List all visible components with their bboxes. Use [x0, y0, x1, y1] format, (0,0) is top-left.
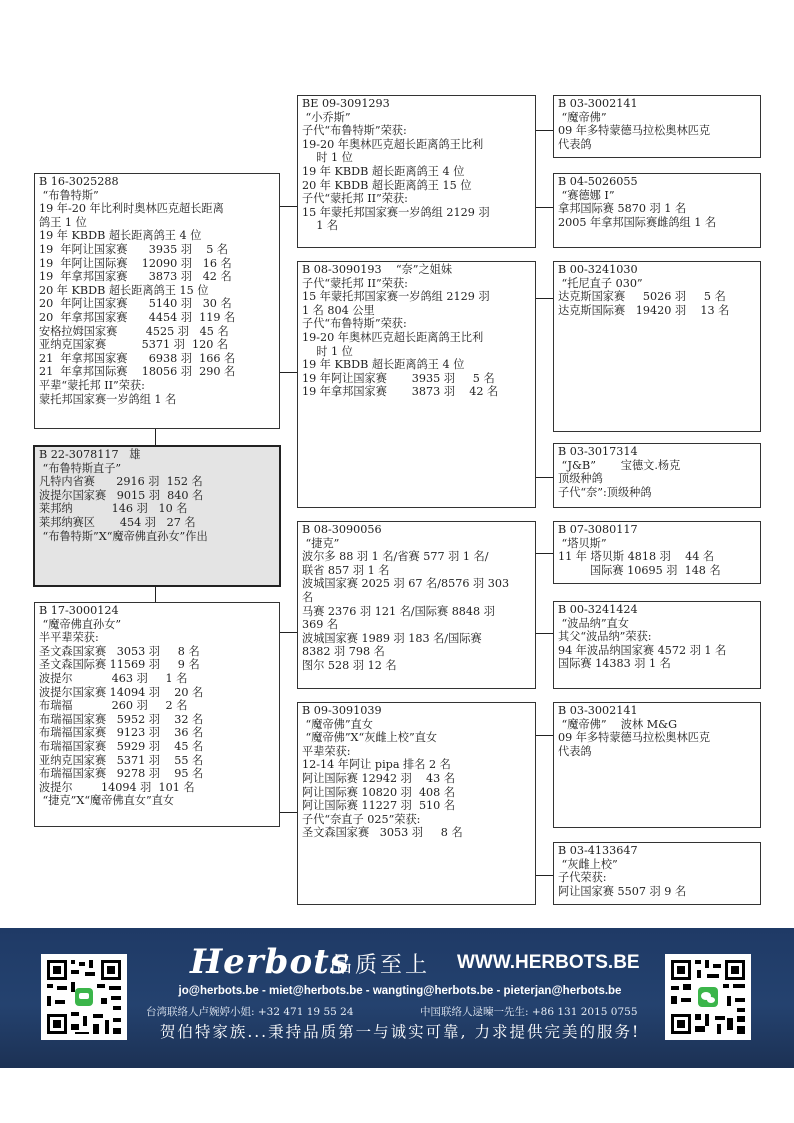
qr-code-icon: [665, 954, 751, 1040]
achievement-line: 蒙托邦国家赛一岁鸽组 1 名: [39, 393, 275, 407]
ggp-box-6: B 00-3241424 “波品纳”直女 其父“波品纳”荣获: 94 年波品纳国…: [553, 601, 761, 689]
achievement-line: 1 名 804 公里: [302, 304, 531, 318]
pigeon-name: “布鲁特斯”: [39, 189, 275, 203]
achievement-line: 其父“波品纳”荣获:: [558, 630, 756, 644]
sire-dam-box: B 08-3090193 “奈”之姐妹 子代“蒙托邦 II”荣获: 15 年蒙托…: [297, 261, 536, 508]
pigeon-name: “J&B” 宝德文.杨克: [558, 459, 756, 473]
connector-line: [279, 632, 297, 633]
achievement-line: 时 1 位: [302, 151, 531, 165]
result-line: 11 年 塔贝斯 4818 羽 44 名: [558, 550, 756, 564]
pigeon-name: “托尼直子 030”: [558, 277, 756, 291]
ggp-box-2: B 04-5026055 “赛德娜 I” 拿邦国际赛 5870 羽 1 名 20…: [553, 173, 761, 248]
result-line: 19 年阿让国际赛 12090 羽 16 名: [39, 257, 275, 271]
pigeon-name: “布鲁特斯直子”: [39, 462, 275, 476]
pigeon-name: “波品纳”直女: [558, 617, 756, 631]
result-line: 布瑞福国家赛 5929 羽 45 名: [39, 740, 275, 754]
result-line: 布瑞福国家赛 5952 羽 32 名: [39, 713, 275, 727]
dam-dam-box: B 09-3091039 “魔帝佛”直女 “魔帝佛”X“灰雌上校”直女 平辈荣获…: [297, 702, 536, 905]
ggp-box-4: B 03-3017314 “J&B” 宝德文.杨克 顶级种鸽 子代“奈”:顶级种…: [553, 443, 761, 508]
ring-number: B 08-3090056: [302, 523, 531, 537]
result-line: 安格拉姆国家赛 4525 羽 45 名: [39, 325, 275, 339]
dam-box: B 17-3000124 “魔帝佛直孙女” 半平辈荣获: 圣文森国家赛 3053…: [34, 602, 280, 827]
pigeon-name: “赛德娜 I”: [558, 189, 756, 203]
connector-line: [279, 372, 297, 373]
ggp-box-8: B 03-4133647 “灰雌上校” 子代荣获: 阿让国家赛 5507 羽 9…: [553, 842, 761, 905]
result-line: 国际赛 10695 羽 148 名: [558, 564, 756, 578]
parentage-line: “魔帝佛”X“灰雌上校”直女: [302, 731, 531, 745]
pigeon-name: “魔帝佛”直女: [302, 718, 531, 732]
achievement-line: 15 年蒙托邦国家赛一岁鸽组 2129 羽: [302, 206, 531, 220]
achievement-line: 子代“奈直子 025”荣获:: [302, 813, 531, 827]
achievement-line: 代表鸽: [558, 745, 756, 759]
result-line: 94 年波品纳国家赛 4572 羽 1 名: [558, 644, 756, 658]
ggp-box-3: B 00-3241030 “托尼直子 030” 达克斯国家赛 5026 羽 5 …: [553, 261, 761, 432]
qr-code-line[interactable]: [41, 954, 127, 1040]
achievement-line: 子代“奈”:顶级种鸽: [558, 486, 756, 500]
result-line: 亚纳克国家赛 5371 羽 55 名: [39, 754, 275, 768]
result-line: 达克斯国际赛 19420 羽 13 名: [558, 304, 756, 318]
achievement-line: 20 年 KBDB 超长距离鸽王 15 位: [39, 284, 275, 298]
ring-number: B 08-3090193 “奈”之姐妹: [302, 263, 531, 277]
achievement-line: 子代“蒙托邦 II”荣获:: [302, 277, 531, 291]
ring-number: B 03-4133647: [558, 844, 756, 858]
achievement-line: 19-20 年奥林匹克超长距离鸽王比利: [302, 331, 531, 345]
footer-banner: Herbots 品质至上 WWW.HERBOTS.BE jo@herbots.b…: [0, 928, 794, 1068]
ring-number: B 00-3241030: [558, 263, 756, 277]
connector-line: [279, 812, 297, 813]
result-line: 19 年阿让国家赛 3935 羽 5 名: [302, 372, 531, 386]
connector-line: [535, 130, 553, 131]
achievement-line: 时 1 位: [302, 345, 531, 359]
ggp-box-5: B 07-3080117 “塔贝斯” 11 年 塔贝斯 4818 羽 44 名 …: [553, 521, 761, 584]
result-line: 波提尔国家赛 9015 羽 840 名: [39, 489, 275, 503]
achievement-line: 20 年 KBDB 超长距离鸽王 15 位: [302, 179, 531, 193]
pigeon-name: “塔贝斯”: [558, 537, 756, 551]
sire-sire-box: BE 09-3091293 “小乔斯” 子代“布鲁特斯”荣获: 19-20 年奥…: [297, 95, 536, 248]
result-line: 21 年拿邦国际赛 18056 羽 290 名: [39, 365, 275, 379]
achievement-line: 子代荣获:: [558, 871, 756, 885]
achievement-line: 1 名: [302, 219, 531, 233]
ring-number: B 03-3002141: [558, 97, 756, 111]
result-line: 布瑞福国家赛 9278 羽 95 名: [39, 767, 275, 781]
achievement-line: 平辈“蒙托邦 II”荣获:: [39, 379, 275, 393]
achievement-line: 平辈荣获:: [302, 745, 531, 759]
achievement-line: 19 年 KBDB 超长距离鸽王 4 位: [39, 229, 275, 243]
result-line: 凡特内省赛 2916 羽 152 名: [39, 475, 275, 489]
connector-line: [535, 298, 553, 299]
achievement-line: 鸽王 1 位: [39, 216, 275, 230]
connector-line: [535, 735, 553, 736]
achievement-line: 19 年 KBDB 超长距离鸽王 4 位: [302, 358, 531, 372]
contact-taiwan: 台湾联络人卢婉婷小姐: +32 471 19 55 24: [146, 1004, 354, 1019]
ring-number: B 17-3000124: [39, 604, 275, 618]
achievement-line: 19 年 KBDB 超长距离鸽王 4 位: [302, 165, 531, 179]
result-line: 国际赛 14383 羽 1 名: [558, 657, 756, 671]
result-line: 马赛 2376 羽 121 名/国际赛 8848 羽: [302, 605, 531, 619]
result-line: 联省 857 羽 1 名: [302, 564, 531, 578]
pigeon-name: “魔帝佛直孙女”: [39, 618, 275, 632]
qr-code-icon: [41, 954, 127, 1040]
achievement-line: 19 年-20 年比利时奥林匹克超长距离: [39, 202, 275, 216]
result-line: 波提尔国家赛 14094 羽 20 名: [39, 686, 275, 700]
sire-box: B 16-3025288 “布鲁特斯” 19 年-20 年比利时奥林匹克超长距离…: [34, 173, 280, 429]
achievement-line: 顶级种鸽: [558, 472, 756, 486]
result-line: 阿让国家赛 5507 羽 9 名: [558, 885, 756, 899]
motto: 贺伯特家族...秉持品质第一与诚实可靠, 力求提供完美的服务!: [140, 1020, 660, 1042]
parentage-line: “捷克”X“魔帝佛直女”直女: [39, 794, 275, 808]
pigeon-name: “魔帝佛”: [558, 111, 756, 125]
ring-number: B 07-3080117: [558, 523, 756, 537]
result-line: 圣文森国家赛 3053 羽 8 名: [302, 826, 531, 840]
result-line: 波提尔 14094 羽 101 名: [39, 781, 275, 795]
result-line: 20 年阿让国家赛 5140 羽 30 名: [39, 297, 275, 311]
ring-number: B 22-3078117 雄: [39, 448, 275, 462]
ring-number: BE 09-3091293: [302, 97, 531, 111]
ring-number: B 16-3025288: [39, 175, 275, 189]
result-line: 莱邦纳赛区 454 羽 27 名: [39, 516, 275, 530]
result-line: 19 年拿邦国家赛 3873 羽 42 名: [39, 270, 275, 284]
result-line: 阿让国际赛 11227 羽 510 名: [302, 799, 531, 813]
parentage-line: “布鲁特斯”X“魔帝佛直孙女”作出: [39, 530, 275, 544]
connector-line: [279, 206, 297, 207]
achievement-line: 代表鸽: [558, 138, 756, 152]
herbots-logo: Herbots: [190, 942, 350, 982]
result-line: 2005 年拿邦国际赛雌鸽组 1 名: [558, 216, 756, 230]
result-line: 19 年拿邦国家赛 3873 羽 42 名: [302, 385, 531, 399]
pigeon-name: “魔帝佛” 波林 M&G: [558, 718, 756, 732]
result-line: 达克斯国家赛 5026 羽 5 名: [558, 290, 756, 304]
connector-line: [535, 477, 553, 478]
result-line: 莱邦纳 146 羽 10 名: [39, 502, 275, 516]
result-line: 圣文森国家赛 3053 羽 8 名: [39, 645, 275, 659]
ring-number: B 03-3002141: [558, 704, 756, 718]
achievement-line: 09 年多特蒙德马拉松奥林匹克: [558, 731, 756, 745]
website-link[interactable]: WWW.HERBOTS.BE: [457, 952, 640, 974]
contact-china: 中国联络人逯暕一先生: +86 131 2015 0755: [420, 1004, 638, 1019]
result-line: 波城国家赛 2025 羽 67 名/8576 羽 303: [302, 577, 531, 591]
ggp-box-1: B 03-3002141 “魔帝佛” 09 年多特蒙德马拉松奥林匹克 代表鸽: [553, 95, 761, 158]
result-line: 布瑞福国家赛 9123 羽 36 名: [39, 726, 275, 740]
result-line: 波提尔 463 羽 1 名: [39, 672, 275, 686]
pigeon-name: “捷克”: [302, 537, 531, 551]
achievement-line: 19-20 年奥林匹克超长距离鸽王比利: [302, 138, 531, 152]
result-line: 亚纳克国家赛 5371 羽 120 名: [39, 338, 275, 352]
result-line: 8382 羽 798 名: [302, 645, 531, 659]
ggp-box-7: B 03-3002141 “魔帝佛” 波林 M&G 09 年多特蒙德马拉松奥林匹…: [553, 702, 761, 828]
achievement-line: 子代“布鲁特斯”荣获:: [302, 317, 531, 331]
result-line: 20 年拿邦国家赛 4454 羽 119 名: [39, 311, 275, 325]
achievement-line: 子代“布鲁特斯”荣获:: [302, 124, 531, 138]
result-line: 图尔 528 羽 12 名: [302, 659, 531, 673]
result-line: 阿让国际赛 12942 羽 43 名: [302, 772, 531, 786]
result-line: 名: [302, 591, 531, 605]
ring-number: B 03-3017314: [558, 445, 756, 459]
connector-line: [535, 875, 553, 876]
slogan: 品质至上: [330, 948, 430, 979]
connector-line: [535, 207, 553, 208]
achievement-line: 子代“蒙托邦 II”荣获:: [302, 192, 531, 206]
connector-line: [535, 633, 553, 634]
achievement-line: 15 年蒙托邦国家赛一岁鸽组 2129 羽: [302, 290, 531, 304]
achievement-line: 09 年多特蒙德马拉松奥林匹克: [558, 124, 756, 138]
result-line: 阿让国际赛 10820 羽 408 名: [302, 786, 531, 800]
brand-header: Herbots 品质至上 WWW.HERBOTS.BE: [190, 946, 630, 982]
connector-line: [155, 586, 156, 603]
ring-number: B 04-5026055: [558, 175, 756, 189]
result-line: 369 名: [302, 618, 531, 632]
result-line: 19 年阿让国家赛 3935 羽 5 名: [39, 243, 275, 257]
connector-line: [155, 428, 156, 446]
email-list[interactable]: jo@herbots.be - miet@herbots.be - wangti…: [170, 985, 630, 997]
result-line: 拿邦国际赛 5870 羽 1 名: [558, 202, 756, 216]
result-line: 21 年拿邦国家赛 6938 羽 166 名: [39, 352, 275, 366]
result-line: 圣文森国际赛 11569 羽 9 名: [39, 658, 275, 672]
achievement-line: 12-14 年阿让 pipa 排名 2 名: [302, 758, 531, 772]
qr-code-wechat[interactable]: [665, 954, 751, 1040]
result-line: 波城国家赛 1989 羽 183 名/国际赛: [302, 632, 531, 646]
dam-sire-box: B 08-3090056 “捷克” 波尔多 88 羽 1 名/省赛 577 羽 …: [297, 521, 536, 689]
pigeon-name: “小乔斯”: [302, 111, 531, 125]
pigeon-name: “灰雌上校”: [558, 858, 756, 872]
ring-number: B 09-3091039: [302, 704, 531, 718]
result-line: 波尔多 88 羽 1 名/省赛 577 羽 1 名/: [302, 550, 531, 564]
subject-box: B 22-3078117 雄 “布鲁特斯直子” 凡特内省赛 2916 羽 152…: [33, 445, 281, 587]
achievement-line: 半平辈荣获:: [39, 631, 275, 645]
result-line: 布瑞福 260 羽 2 名: [39, 699, 275, 713]
connector-line: [535, 553, 553, 554]
ring-number: B 00-3241424: [558, 603, 756, 617]
